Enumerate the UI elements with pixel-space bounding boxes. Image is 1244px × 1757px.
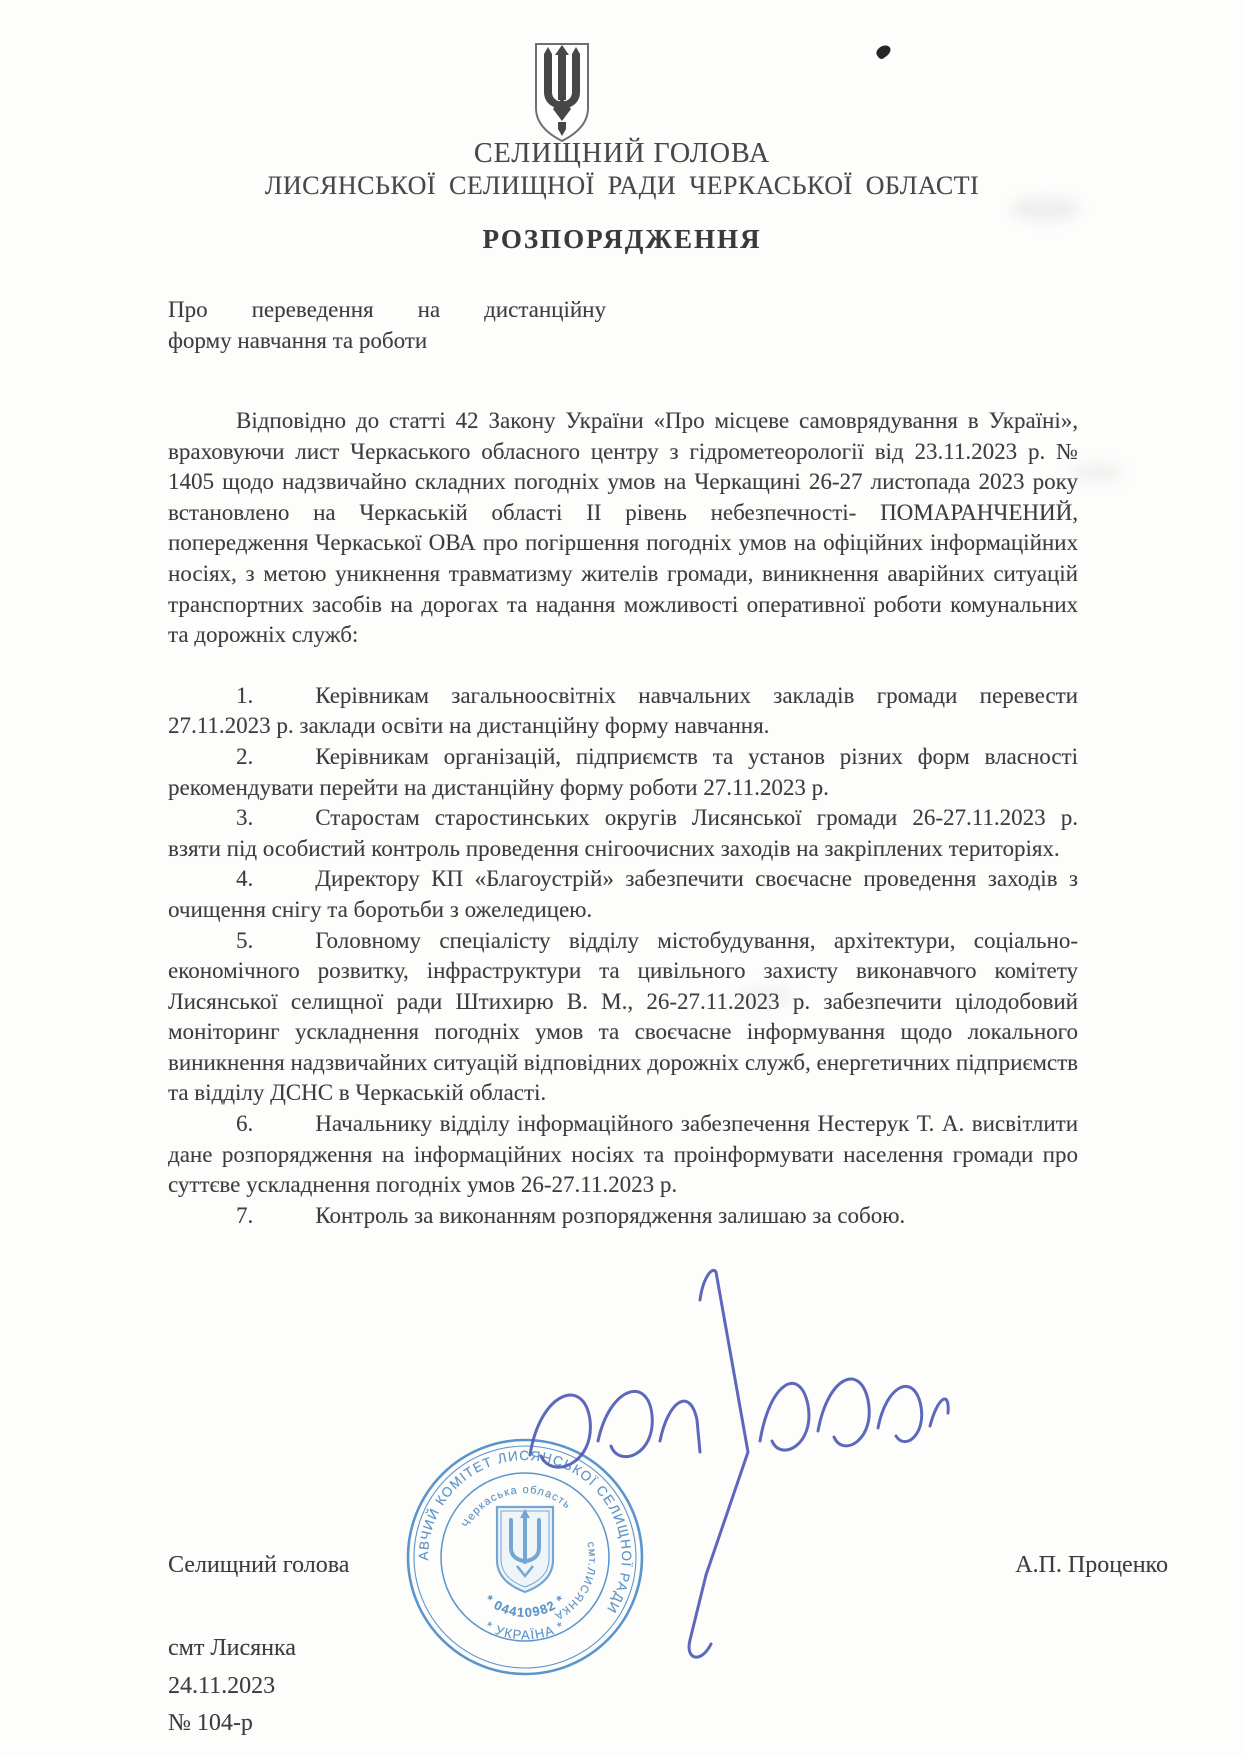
order-item: 7.Контроль за виконанням розпорядження з… (168, 1201, 1078, 1232)
order-item-number: 5. (236, 928, 253, 953)
signatory-name: А.П. Проценко (1015, 1552, 1168, 1579)
trident-emblem-icon (530, 40, 594, 146)
scanned-order-document: СЕЛИЩНИЙ ГОЛОВА ЛИСЯНСЬКОЇ СЕЛИЩНОЇ РАДИ… (0, 0, 1244, 1757)
subject-line1: Про переведення на дистанційну (168, 294, 606, 325)
order-item-text: Старостам старостинських округів Лисянсь… (168, 805, 1078, 861)
document-footer: смт Лисянка 24.11.2023 № 104-р (168, 1630, 296, 1743)
order-item-text: Начальнику відділу інформаційного забезп… (168, 1111, 1078, 1197)
order-item-text: Керівникам організацій, підприємств та у… (168, 744, 1078, 800)
order-item: 6.Начальнику відділу інформаційного забе… (168, 1109, 1078, 1201)
order-item: 2.Керівникам організацій, підприємств та… (168, 742, 1078, 803)
document-header: СЕЛИЩНИЙ ГОЛОВА ЛИСЯНСЬКОЇ СЕЛИЩНОЇ РАДИ… (0, 138, 1244, 201)
order-items-list: 1.Керівникам загальноосвітніх навчальних… (168, 681, 1078, 1232)
order-item-text: Директору КП «Благоустрій» забезпечити с… (168, 866, 1078, 922)
order-item: 4.Директору КП «Благоустрій» забезпечити… (168, 864, 1078, 925)
order-item-number: 7. (236, 1203, 253, 1228)
scan-smudge (735, 985, 795, 1009)
order-item-text: Головному спеціалісту відділу містобудув… (168, 928, 1078, 1106)
order-item: 3.Старостам старостинських округів Лисян… (168, 803, 1078, 864)
scan-smudge (1010, 196, 1080, 222)
order-item-number: 4. (236, 866, 253, 891)
order-item-number: 2. (236, 744, 253, 769)
order-item-text: Контроль за виконанням розпорядження зал… (315, 1203, 905, 1228)
order-item: 1.Керівникам загальноосвітніх навчальних… (168, 681, 1078, 742)
place-line: смт Лисянка (168, 1630, 296, 1668)
date-line: 24.11.2023 (168, 1668, 296, 1706)
number-line: № 104-р (168, 1705, 296, 1743)
signatory-position: Селищний голова (168, 1552, 349, 1579)
order-item-text: Керівникам загальноосвітніх навчальних з… (168, 683, 1078, 739)
order-item: 5.Головному спеціалісту відділу містобуд… (168, 926, 1078, 1110)
intro-paragraph: Відповідно до статті 42 Закону України «… (168, 406, 1078, 651)
order-item-number: 3. (236, 805, 253, 830)
signature-scribble (480, 1255, 980, 1665)
order-item-number: 1. (236, 683, 253, 708)
scan-smudge (1070, 462, 1124, 484)
order-item-number: 6. (236, 1111, 253, 1136)
scan-artifact-mark (874, 43, 893, 61)
subject-block: Про переведення на дистанційну форму нав… (168, 294, 606, 356)
subject-line2: форму навчання та роботи (168, 325, 606, 356)
document-type-title: РОЗПОРЯДЖЕННЯ (0, 224, 1244, 255)
document-body: Відповідно до статті 42 Закону України «… (168, 406, 1078, 1231)
org-name-line1: СЕЛИЩНИЙ ГОЛОВА (0, 138, 1244, 170)
